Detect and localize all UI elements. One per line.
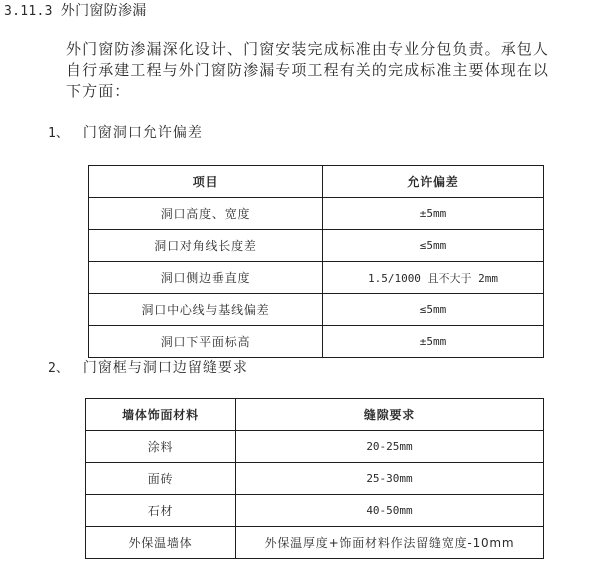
cell-gap: 25-30mm [236,463,544,495]
table-row: 石材 40-50mm [86,495,544,527]
cell-gap: 20-25mm [236,431,544,463]
table-row: 涂料 20-25mm [86,431,544,463]
table-row: 外保温墙体 外保温厚度+饰面材料作法留缝宽度-10mm [86,527,544,559]
table-row: 面砖 25-30mm [86,463,544,495]
list-heading-1: 1、门窗洞口允许偏差 [48,124,203,143]
intro-paragraph: 外门窗防渗漏深化设计、门窗安装完成标准由专业分包负责。承包人自行承建工程与外门窗… [66,39,556,102]
cell-wall-finish: 石材 [86,495,236,527]
section-title: 外门窗防渗漏 [61,3,147,19]
cell-wall-finish: 外保温墙体 [86,527,236,559]
section-heading: 3.11.3外门窗防渗漏 [4,2,147,21]
frame-gap-table: 墙体饰面材料 缝隙要求 涂料 20-25mm 面砖 25-30mm 石材 40-… [85,398,544,559]
cell-gap: 外保温厚度+饰面材料作法留缝宽度-10mm [236,527,544,559]
column-header-item: 项目 [89,166,323,198]
table-row: 洞口中心线与基线偏差 ≤5mm [89,294,544,326]
table-row: 洞口侧边垂直度 1.5/1000 且不大于 2mm [89,262,544,294]
cell-wall-finish: 涂料 [86,431,236,463]
column-header-gap-requirement: 缝隙要求 [236,399,544,431]
table-header-row: 墙体饰面材料 缝隙要求 [86,399,544,431]
cell-item: 洞口对角线长度差 [89,230,323,262]
cell-tolerance: ≤5mm [323,230,544,262]
cell-gap: 40-50mm [236,495,544,527]
cell-item: 洞口中心线与基线偏差 [89,294,323,326]
list-heading-2: 2、门窗框与洞口边留缝要求 [48,359,248,378]
cell-wall-finish: 面砖 [86,463,236,495]
table-row: 洞口对角线长度差 ≤5mm [89,230,544,262]
table-row: 洞口高度、宽度 ±5mm [89,198,544,230]
cell-tolerance: 1.5/1000 且不大于 2mm [323,262,544,294]
cell-item: 洞口下平面标高 [89,326,323,358]
cell-tolerance: ≤5mm [323,294,544,326]
list-title: 门窗洞口允许偏差 [83,125,203,141]
opening-tolerance-table: 项目 允许偏差 洞口高度、宽度 ±5mm 洞口对角线长度差 ≤5mm 洞口侧边垂… [88,165,544,358]
cell-tolerance: ±5mm [323,326,544,358]
column-header-tolerance: 允许偏差 [323,166,544,198]
list-index: 2、 [48,361,69,376]
section-number: 3.11.3 [4,4,53,19]
list-index: 1、 [48,126,69,141]
table-row: 洞口下平面标高 ±5mm [89,326,544,358]
cell-item: 洞口高度、宽度 [89,198,323,230]
cell-item: 洞口侧边垂直度 [89,262,323,294]
list-title: 门窗框与洞口边留缝要求 [83,360,248,376]
column-header-wall-finish: 墙体饰面材料 [86,399,236,431]
table-header-row: 项目 允许偏差 [89,166,544,198]
cell-tolerance: ±5mm [323,198,544,230]
